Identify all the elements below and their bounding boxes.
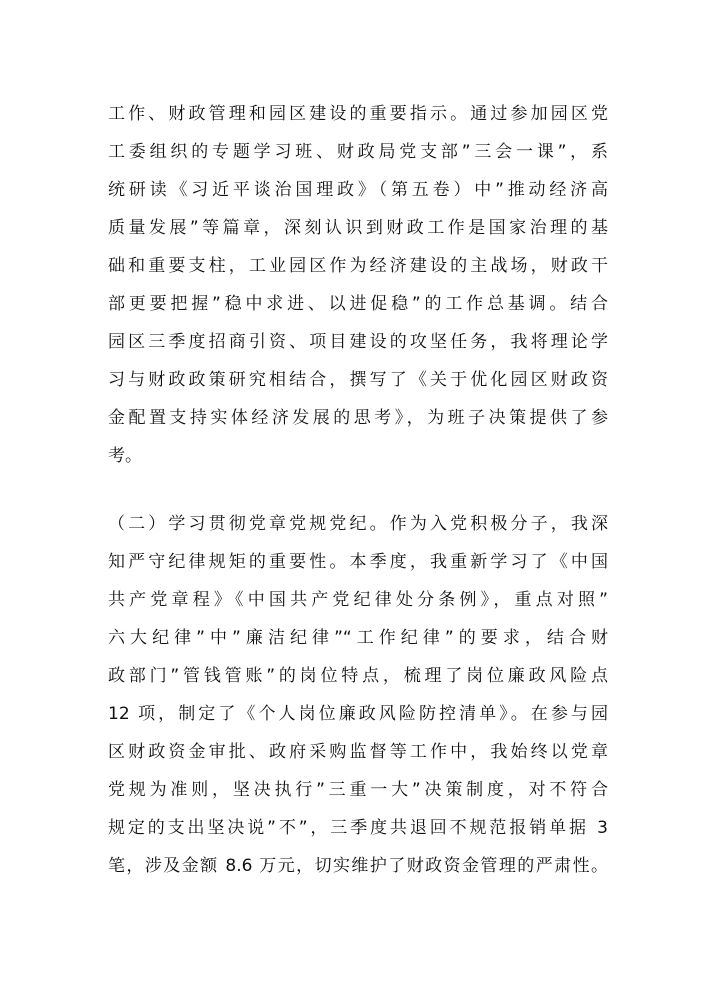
text-line: 区财政资金审批、政府采购监督等工作中，我始终以党章 — [108, 737, 608, 775]
document-page: 工作、财政管理和园区建设的重要指示。通过参加园区党 工委组织的专题学习班、财政局… — [108, 99, 608, 889]
text-line: 政部门”管钱管账”的岗位特点，梳理了岗位廉政风险点 — [108, 661, 608, 699]
text-line: 础和重要支柱，工业园区作为经济建设的主战场，财政干 — [108, 251, 608, 289]
text-line: 质量发展”等篇章，深刻认识到财政工作是国家治理的基 — [108, 213, 608, 251]
text-line: 工作、财政管理和园区建设的重要指示。通过参加园区党 — [108, 99, 608, 137]
paragraph-2: （二）学习贯彻党章党规党纪。作为入党积极分子，我深 知严守纪律规矩的重要性。本季… — [108, 509, 608, 889]
text-line: 工委组织的专题学习班、财政局党支部”三会一课”，系 — [108, 137, 608, 175]
paragraph-1: 工作、财政管理和园区建设的重要指示。通过参加园区党 工委组织的专题学习班、财政局… — [108, 99, 608, 479]
text-line: 党规为准则，坚决执行”三重一大”决策制度，对不符合 — [108, 775, 608, 813]
text-line: 考。 — [108, 441, 608, 479]
text-line: 笔，涉及金额 8.6 万元，切实维护了财政资金管理的严肃性。 — [108, 851, 608, 889]
text-line: 规定的支出坚决说”不”，三季度共退回不规范报销单据 3 — [108, 813, 608, 851]
text-line: 统研读《习近平谈治国理政》（第五卷）中”推动经济高 — [108, 175, 608, 213]
text-line: （二）学习贯彻党章党规党纪。作为入党积极分子，我深 — [108, 509, 608, 547]
text-line: 部更要把握”稳中求进、以进促稳”的工作总基调。结合 — [108, 289, 608, 327]
text-line: 园区三季度招商引资、项目建设的攻坚任务，我将理论学 — [108, 327, 608, 365]
text-line: 知严守纪律规矩的重要性。本季度，我重新学习了《中国 — [108, 547, 608, 585]
text-line: 六大纪律”中”廉洁纪律”“工作纪律”的要求，结合财 — [108, 623, 608, 661]
text-line: 12 项，制定了《个人岗位廉政风险防控清单》。在参与园 — [108, 699, 608, 737]
text-line: 共产党章程》《中国共产党纪律处分条例》，重点对照” — [108, 585, 608, 623]
text-line: 金配置支持实体经济发展的思考》，为班子决策提供了参 — [108, 403, 608, 441]
paragraph-spacer — [108, 479, 608, 509]
text-line: 习与财政政策研究相结合，撰写了《关于优化园区财政资 — [108, 365, 608, 403]
